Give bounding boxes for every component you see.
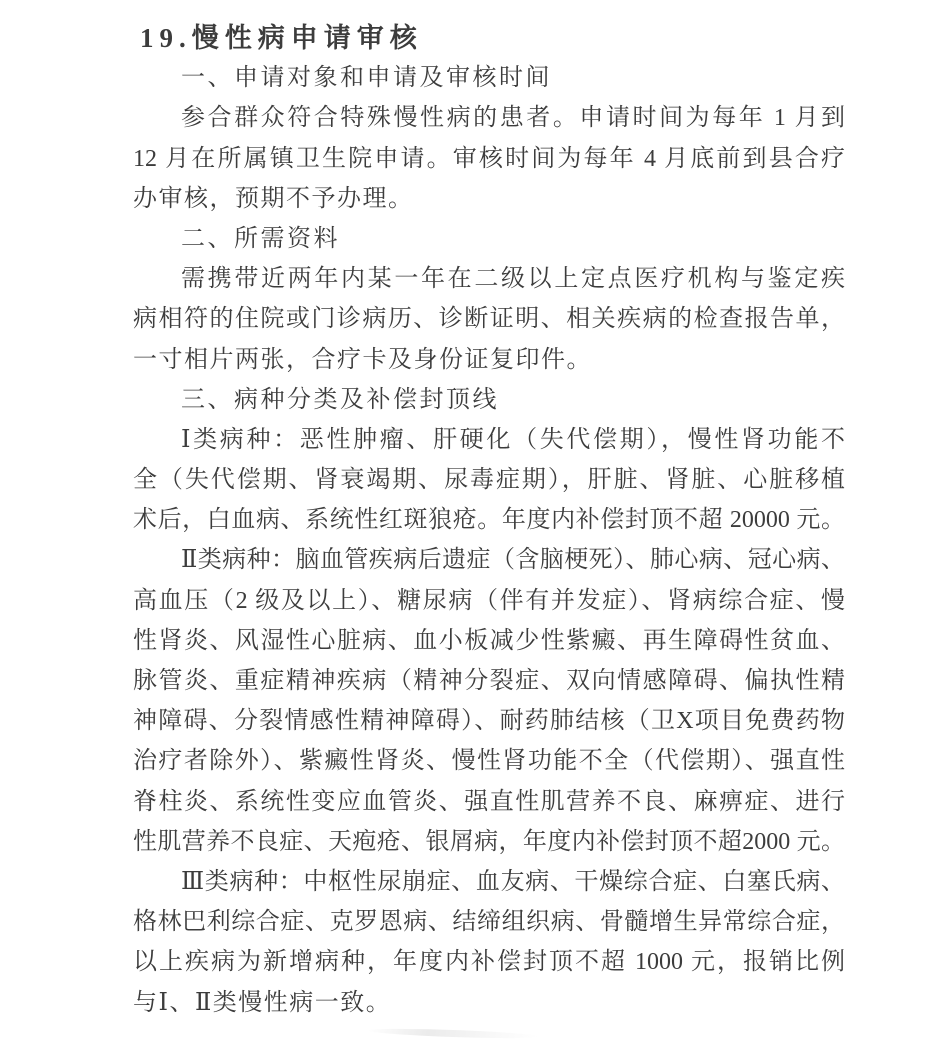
text-line: 以上疾病为新增病种，年度内补偿封顶不超 1000 元，报销比例 — [133, 942, 845, 982]
document-page: 19.慢性病申请审核 一、申请对象和申请及审核时间 参合群众符合特殊慢性病的患者… — [0, 0, 950, 1059]
text-line: 与Ⅰ、Ⅱ类慢性病一致。 — [133, 983, 845, 1023]
text-line: 治疗者除外）、紫癜性肾炎、慢性肾功能不全（代偿期）、强直性 — [133, 741, 845, 781]
section-3-title: 三、病种分类及补偿封顶线 — [133, 380, 845, 420]
text-line-category-2: Ⅱ类病种：脑血管疾病后遗症（含脑梗死）、肺心病、冠心病、 — [133, 540, 845, 580]
text-line: 病相符的住院或门诊病历、诊断证明、相关疾病的检查报告单， — [133, 299, 845, 339]
text-line: 性肌营养不良症、天疱疮、银屑病，年度内补偿封顶不超2000 元。 — [133, 822, 845, 862]
text-line-category-3: Ⅲ类病种：中枢性尿崩症、血友病、干燥综合症、白塞氏病、 — [133, 862, 845, 902]
text-line: 脊柱炎、系统性变应血管炎、强直性肌营养不良、麻痹症、进行 — [133, 782, 845, 822]
text-line: 脉管炎、重症精神疾病（精神分裂症、双向情感障碍、偏执性精 — [133, 661, 845, 701]
text-line: 办审核，预期不予办理。 — [133, 179, 845, 219]
section-1-title: 一、申请对象和申请及审核时间 — [133, 58, 845, 98]
text-line: 性肾炎、风湿性心脏病、血小板减少性紫癜、再生障碍性贫血、 — [133, 621, 845, 661]
text-line-category-1: Ⅰ类病种：恶性肿瘤、肝硬化（失代偿期），慢性肾功能不 — [133, 420, 845, 460]
document-text-column: 19.慢性病申请审核 一、申请对象和申请及审核时间 参合群众符合特殊慢性病的患者… — [133, 18, 845, 1023]
text-line: 高血压（2 级及以上）、糖尿病（伴有并发症）、肾病综合症、慢 — [133, 581, 845, 621]
text-line: 格林巴利综合症、克罗恩病、结缔组织病、骨髓增生异常综合症， — [133, 902, 845, 942]
document-heading: 19.慢性病申请审核 — [140, 18, 845, 58]
text-line: 需携带近两年内某一年在二级以上定点医疗机构与鉴定疾 — [133, 259, 845, 299]
section-2-title: 二、所需资料 — [133, 219, 845, 259]
text-line: 术后，白血病、系统性红斑狼疮。年度内补偿封顶不超 20000 元。 — [133, 500, 845, 540]
text-line: 全（失代偿期、肾衰竭期、尿毒症期），肝脏、肾脏、心脏移植 — [133, 460, 845, 500]
scan-smudge — [368, 1027, 538, 1040]
text-line: 参合群众符合特殊慢性病的患者。申请时间为每年 1 月到 — [133, 98, 845, 138]
text-line: 神障碍、分裂情感性精神障碍）、耐药肺结核（卫X项目免费药物 — [133, 701, 845, 741]
text-line: 一寸相片两张，合疗卡及身份证复印件。 — [133, 340, 845, 380]
text-line: 12 月在所属镇卫生院申请。审核时间为每年 4 月底前到县合疗 — [133, 139, 845, 179]
